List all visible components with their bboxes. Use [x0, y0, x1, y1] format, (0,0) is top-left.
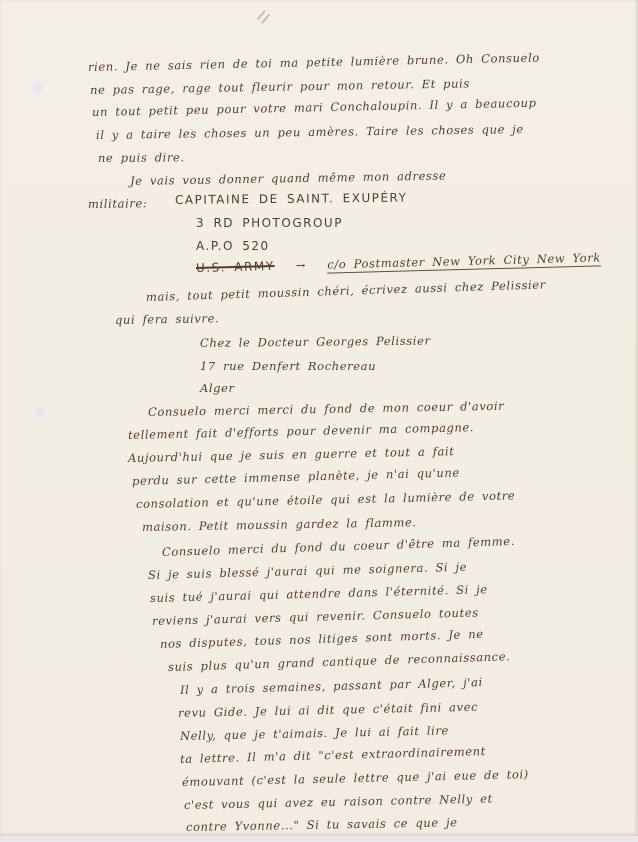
- text-line: c'est vous qui avez eu raison contre Nel…: [184, 792, 493, 812]
- text-line: il y a taire les choses un peu amères. T…: [96, 122, 524, 142]
- military-address-line: CAPITAINE DE SAINT. EXUPÉRY: [175, 191, 408, 207]
- text-line: militaire:: [88, 196, 147, 211]
- text-line: reviens j'aurai vers qui revenir. Consue…: [152, 605, 479, 628]
- text-line: Consuelo merci merci du fond de mon coeu…: [148, 399, 505, 419]
- page-marker: II: [253, 7, 274, 29]
- text-line: qui fera suivre.: [115, 311, 219, 327]
- text-line: ne puis dire.: [98, 150, 185, 165]
- text-line: revu Gide. Je lui ai dit que c'était fin…: [178, 700, 478, 720]
- text-line: suis tué j'aurai qui attendre dans l'éte…: [150, 582, 488, 605]
- text-line: maison. Petit moussin gardez la flamme.: [142, 515, 417, 534]
- text-line: suis plus qu'un grand cantique de reconn…: [168, 649, 511, 674]
- text-line: Aujourd'hui que je suis en guerre et tou…: [128, 444, 455, 465]
- military-address-correction: U.S. ARMY → c/o Postmaster New York City…: [196, 250, 601, 275]
- text-line: Nelly, que je t'aimais. Je lui ai fait l…: [180, 723, 449, 743]
- military-address-line: 3 RD PHOTOGROUP: [196, 216, 343, 230]
- text-line: ta lettre. Il m'a dit "c'est extraordina…: [180, 744, 486, 766]
- text-line: Je vais vous donner quand même mon adres…: [130, 168, 447, 188]
- text-line: consolation et qu'une étoile qui est la …: [136, 488, 516, 511]
- text-line: tellement fait d'efforts pour devenir ma…: [128, 420, 474, 442]
- military-address-line: A.P.O 520: [196, 239, 270, 253]
- letter-page: II rien. Je ne sais rien de toi ma petit…: [0, 0, 638, 836]
- punch-hole-middle: [34, 405, 46, 421]
- text-line: ne pas rage, rage tout fleurir pour mon …: [90, 76, 470, 97]
- text-line: Il y a trois semaines, passant par Alger…: [180, 675, 483, 697]
- text-line: Consuelo merci du fond du coeur d'être m…: [162, 534, 515, 559]
- algiers-address-line: Alger: [200, 381, 235, 395]
- replacement-address: c/o Postmaster New York City New York: [327, 250, 601, 273]
- text-line: un tout petit peu pour votre mari Concha…: [92, 96, 537, 119]
- text-line: contre Yvonne..." Si tu savais ce que je: [186, 815, 458, 834]
- text-line: mais, tout petit moussin chéri, écrivez …: [146, 277, 546, 304]
- text-line: émouvant (c'est la seule lettre que j'ai…: [182, 767, 529, 789]
- algiers-address-line: 17 rue Denfert Rochereau: [200, 359, 376, 373]
- punch-hole-top: [32, 80, 44, 96]
- text-line: perdu sur cette immense planète, je n'ai…: [132, 465, 460, 488]
- arrow-icon: →: [296, 258, 307, 272]
- text-line: rien. Je ne sais rien de toi ma petite l…: [88, 51, 540, 74]
- text-line: nos disputes, tous nos litiges sont mort…: [160, 627, 484, 651]
- algiers-address-line: Chez le Docteur Georges Pelissier: [200, 334, 431, 350]
- text-line: Si je suis blessé j'aurai qui me soigner…: [148, 560, 467, 582]
- struck-text: U.S. ARMY: [196, 259, 275, 275]
